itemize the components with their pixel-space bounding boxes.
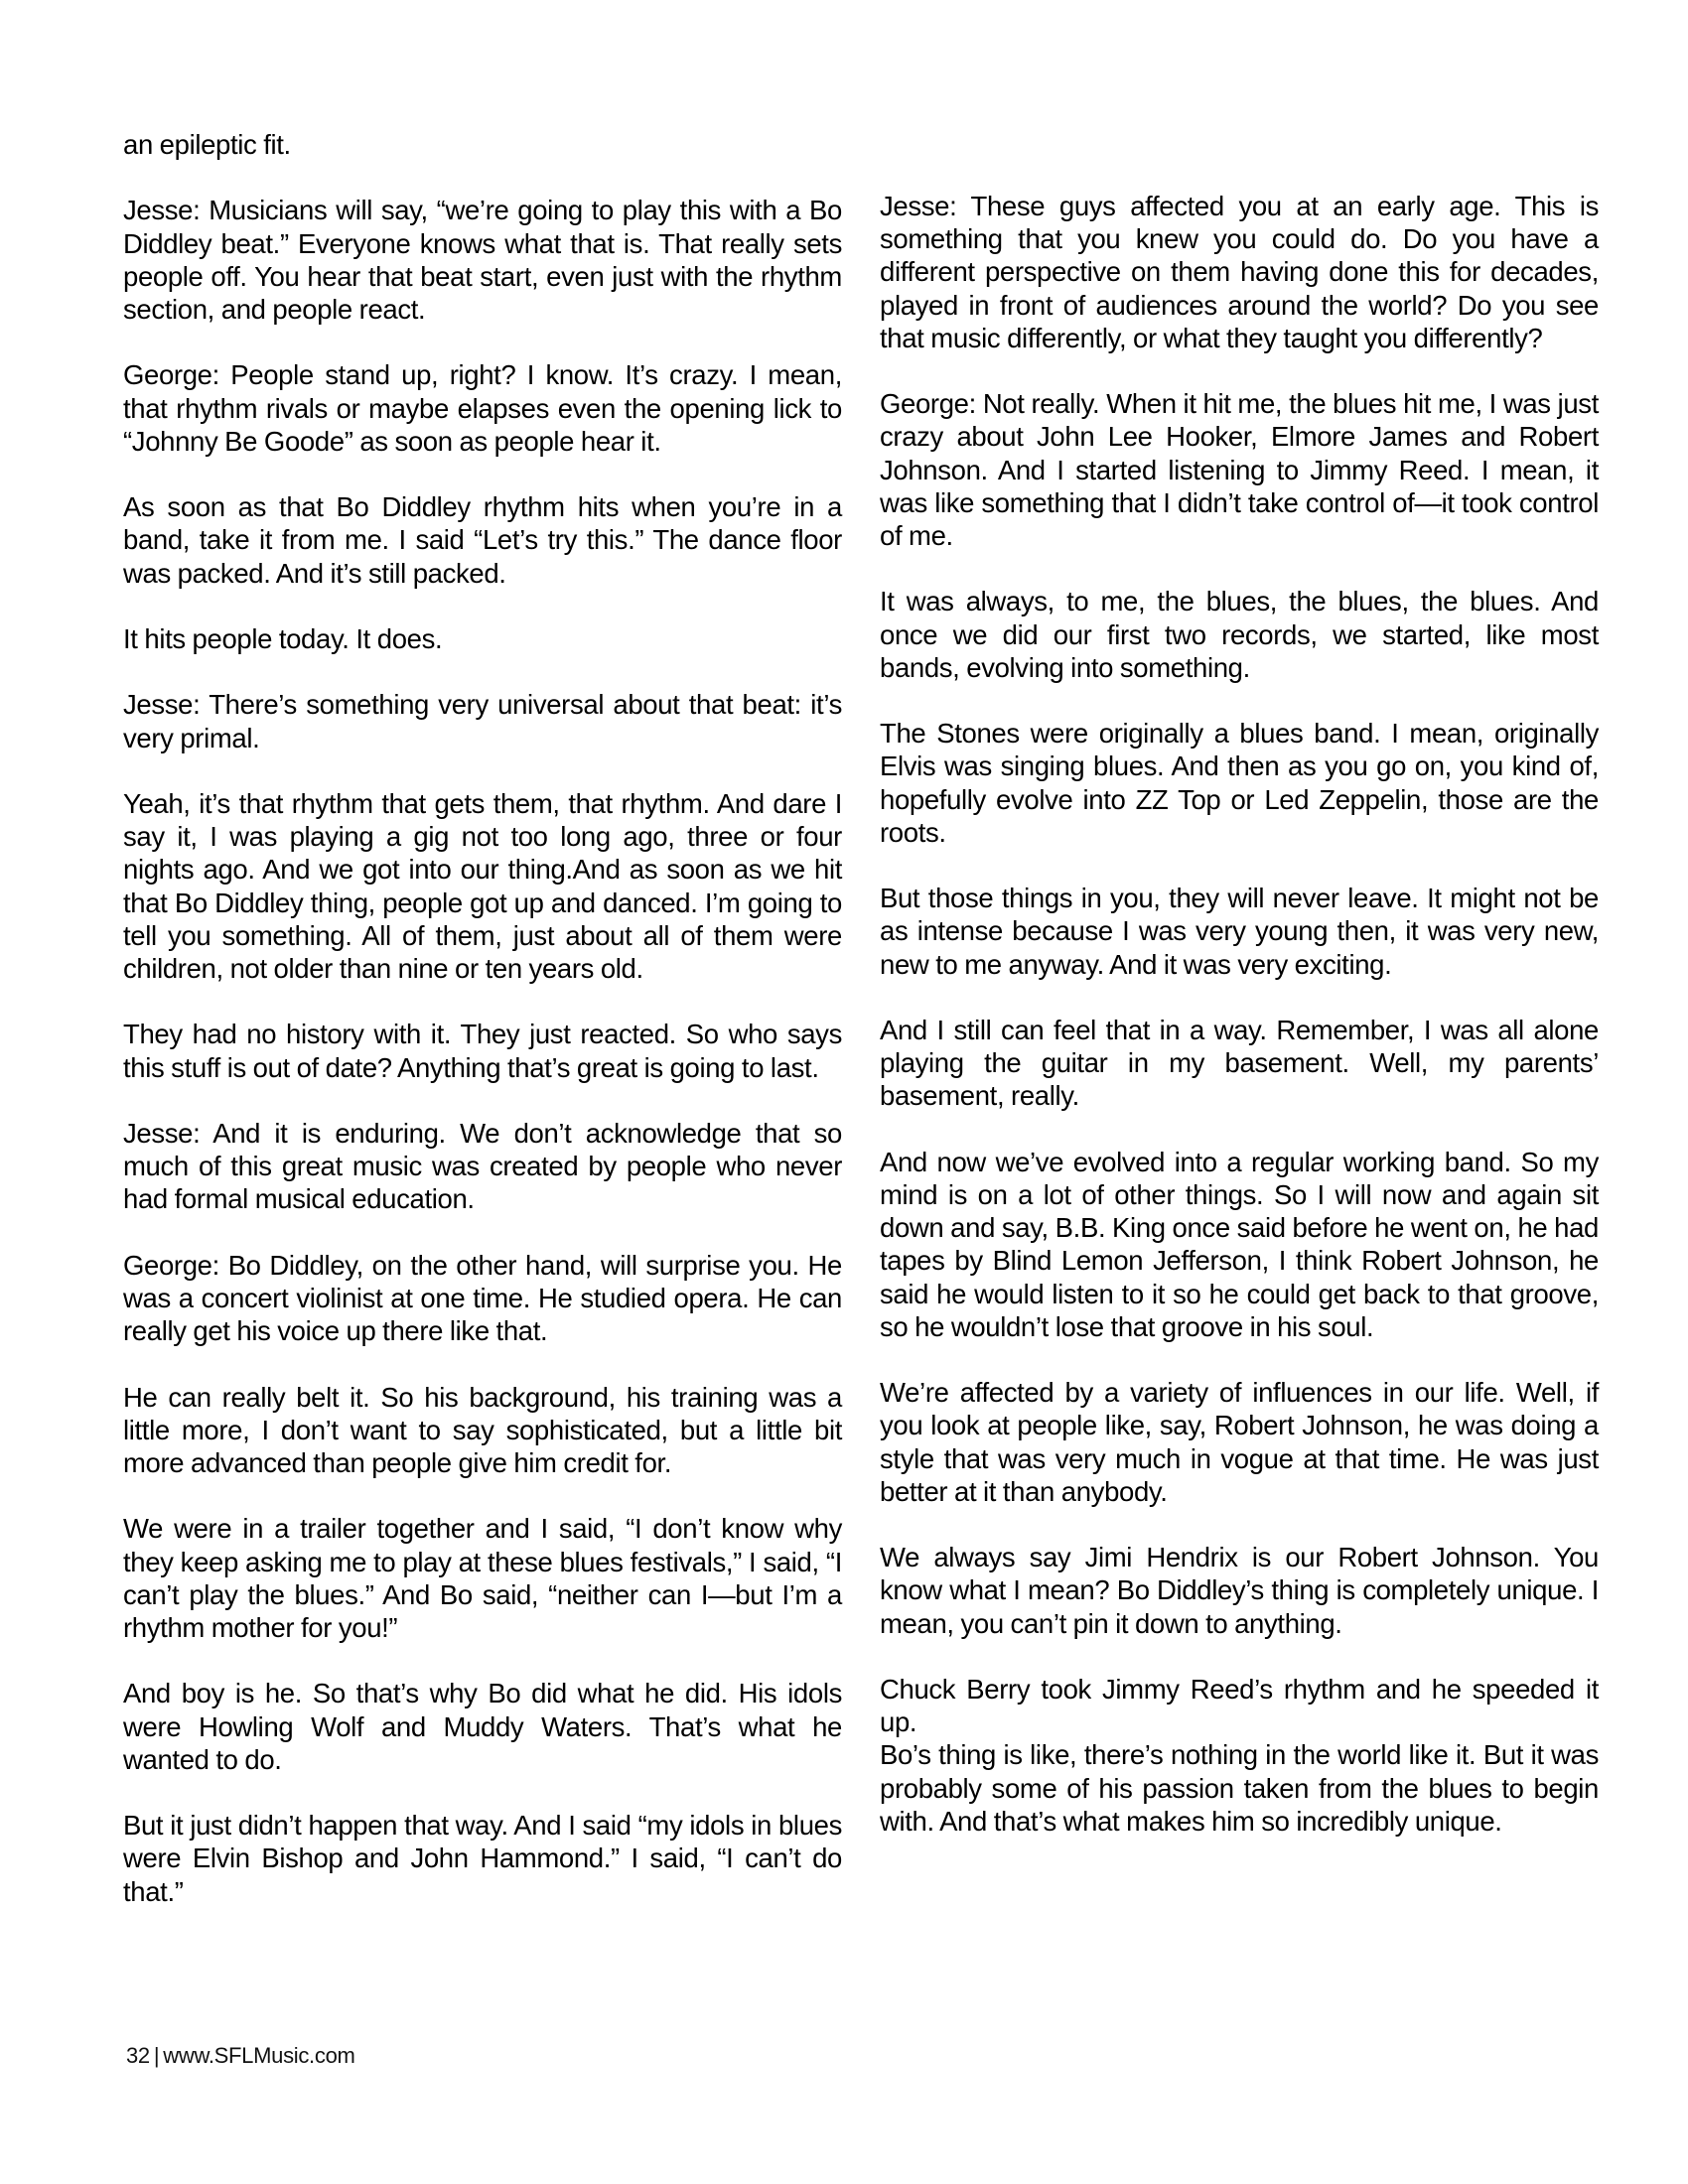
paragraph: He can really belt it. So his background… — [123, 1381, 842, 1480]
paragraph: But it just didn’t happen that way. And … — [123, 1809, 842, 1908]
footer-separator: | — [150, 2043, 163, 2068]
paragraph: As soon as that Bo Diddley rhythm hits w… — [123, 490, 842, 590]
paragraph: We were in a trailer together and I said… — [123, 1512, 842, 1644]
paragraph: The Stones were originally a blues band.… — [880, 717, 1599, 849]
paragraph: And now we’ve evolved into a regular wor… — [880, 1146, 1599, 1343]
paragraph: It hits people today. It does. — [123, 622, 842, 655]
paragraph: We’re affected by a variety of influence… — [880, 1376, 1599, 1508]
paragraph: an epileptic fit. — [123, 128, 842, 161]
paragraph: Bo’s thing is like, there’s nothing in t… — [880, 1738, 1599, 1838]
paragraph: They had no history with it. They just r… — [123, 1018, 842, 1083]
paragraph: Chuck Berry took Jimmy Reed’s rhythm and… — [880, 1673, 1599, 1738]
paragraph: Jesse: There’s something very universal … — [123, 688, 842, 753]
right-text-column: Jesse: These guys affected you at an ear… — [880, 190, 1599, 1838]
paragraph: George: Bo Diddley, on the other hand, w… — [123, 1249, 842, 1348]
paragraph: Jesse: And it is enduring. We don’t ackn… — [123, 1117, 842, 1216]
magazine-page: an epileptic fit. Jesse: Musicians will … — [0, 0, 1688, 2184]
paragraph: And I still can feel that in a way. Reme… — [880, 1014, 1599, 1113]
page-number: 32 — [126, 2043, 150, 2068]
paragraph: And boy is he. So that’s why Bo did what… — [123, 1677, 842, 1776]
paragraph: But those things in you, they will never… — [880, 882, 1599, 981]
paragraph: Jesse: Musicians will say, “we’re going … — [123, 194, 842, 326]
paragraph: It was always, to me, the blues, the blu… — [880, 585, 1599, 684]
paragraph: We always say Jimi Hendrix is our Robert… — [880, 1541, 1599, 1640]
paragraph: George: Not really. When it hit me, the … — [880, 387, 1599, 552]
page-footer: 32|www.SFLMusic.com — [126, 2043, 355, 2069]
left-text-column: an epileptic fit. Jesse: Musicians will … — [123, 128, 842, 1908]
paragraph: George: People stand up, right? I know. … — [123, 358, 842, 458]
website-url: www.SFLMusic.com — [163, 2043, 354, 2068]
paragraph: Yeah, it’s that rhythm that gets them, t… — [123, 787, 842, 985]
paragraph: Jesse: These guys affected you at an ear… — [880, 190, 1599, 354]
